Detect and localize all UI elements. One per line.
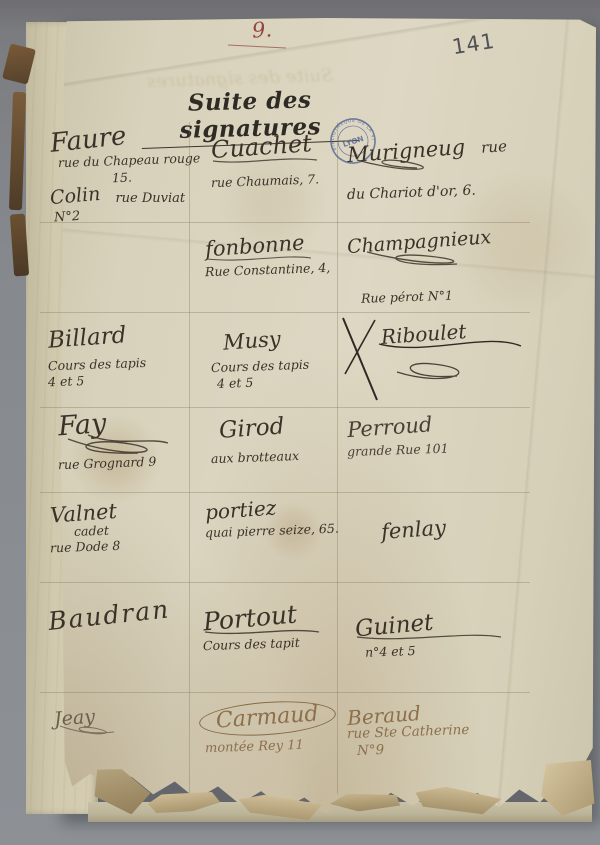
signature-cell-riboulet-struck: Riboulet [337, 312, 530, 407]
signature-name: fenlay [380, 511, 524, 543]
signature-address: du Chariot d'or, 6. [347, 181, 525, 205]
signature-address: 4 et 5 [217, 372, 331, 392]
signature-cell-billard: Billard Cours des tapis 4 et 5 [40, 312, 189, 407]
signature-address: Rue Constantine, 4, [205, 260, 331, 280]
signature-address: grande Rue 101 [347, 438, 524, 460]
signature-name: Riboulet [380, 321, 467, 348]
signature-name: Billard [47, 319, 183, 352]
signature-name: Carmaud [215, 702, 319, 732]
encircling-oval: Carmaud [198, 697, 337, 740]
signature-cell-faure-colin: Faure rue du Chapeau rouge 15. Colin rue… [40, 122, 189, 222]
signature-cell-murigneug: Murigneugrue du Chariot d'or, 6. [337, 122, 530, 222]
signature-address: 15. [112, 168, 184, 186]
signature-address: rue Dode 8 [50, 535, 183, 555]
signature-cell-musy: Musy Cours des tapis 4 et 5 [189, 312, 337, 407]
signature-cell-beraud: Beraud rue Ste Catherine N°9 [337, 692, 530, 802]
signature-address: n°4 et 5 [365, 639, 524, 660]
signature-cell-baudran: Baudran [40, 582, 189, 692]
signature-name: Musy [222, 324, 331, 354]
signature-address: rue [481, 137, 508, 157]
signature-name: Perroud [346, 407, 524, 441]
signature-cell-valnet: Valnet cadet rue Dode 8 [40, 492, 189, 582]
signature-address: rue Chaumais, 7. [211, 171, 331, 191]
signature-address: Rue pérot N°1 [361, 285, 524, 306]
signature-cell-perroud: Perroud grande Rue 101 [337, 407, 530, 492]
folio-number-red-ink: 9. [231, 16, 293, 44]
signature-cell-fenlay: fenlay [337, 492, 530, 582]
signature-cell-guinet: Guinet n°4 et 5 [337, 582, 530, 692]
signature-name: Girod [218, 411, 331, 443]
signature-address: rue Grognard 9 [58, 453, 183, 473]
signature-cell-fay: Fay rue Grognard 9 [40, 407, 189, 492]
signature-cell-portout: Portout Cours des tapit [189, 582, 337, 692]
binding-remnant [9, 92, 26, 210]
signature-name: portiez [204, 494, 331, 524]
signature-cell-champagnieux: Champagnieux Rue pérot N°1 [337, 222, 530, 312]
signature-cell-girod: Girod aux brotteaux [189, 407, 337, 492]
signature-name: Colin [49, 182, 101, 208]
signature-address: quai pierre seize, 65. [205, 521, 331, 541]
signature-name: Baudran [47, 595, 184, 635]
signature-address: Cours des tapit [203, 634, 331, 654]
signature-cell-fonbonne: fonbonne Rue Constantine, 4, [189, 222, 337, 312]
signature-cell-portiez: portiez quai pierre seize, 65. [189, 492, 337, 582]
signature-cell-cuachet: Cuachet rue Chaumais, 7. [189, 122, 337, 222]
signature-address: aux brotteaux [211, 447, 331, 467]
signature-cell-carmaud-circled: Carmaud montée Rey 11 [189, 692, 337, 802]
signature-address: montée Rey 11 [205, 737, 331, 758]
signature-table: Faure rue du Chapeau rouge 15. Colin rue… [40, 122, 530, 802]
